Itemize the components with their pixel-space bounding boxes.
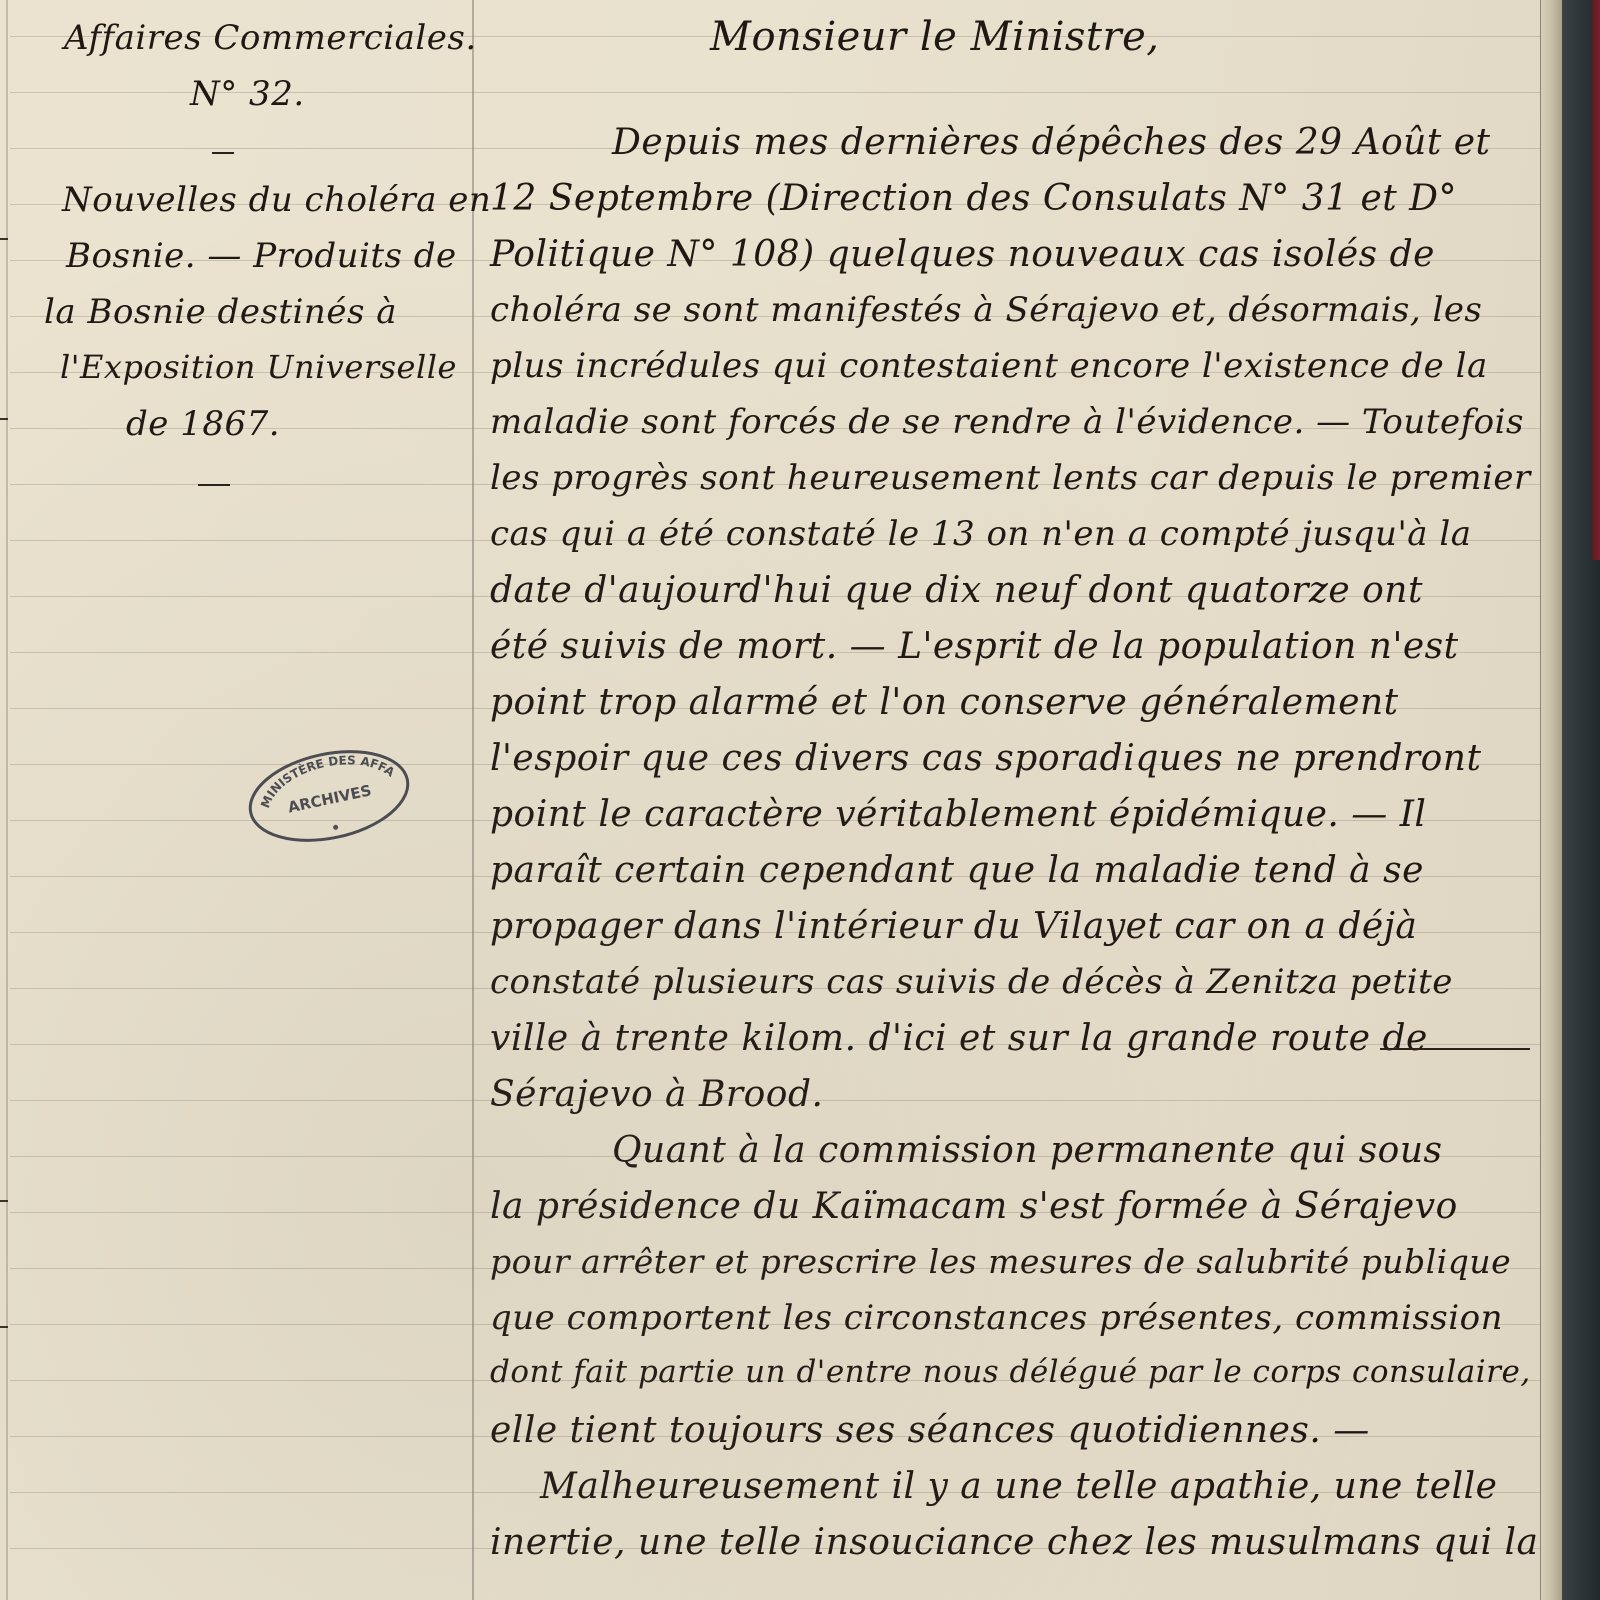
letter-line: plus incrédules qui contestaient encore … (490, 346, 1488, 386)
letter-line: la présidence du Kaïmacam s'est formée à… (490, 1186, 1458, 1227)
letter-line: constaté plusieurs cas suivis de décès à… (490, 962, 1453, 1002)
letter-line: Depuis mes dernières dépêches des 29 Aoû… (612, 122, 1491, 163)
letter-line: Politique N° 108) quelques nouveaux cas … (490, 234, 1435, 275)
margin-summary-line: de 1867. (126, 404, 280, 444)
letter-line: les progrès sont heureusement lents car … (490, 458, 1531, 498)
letter-line: Sérajevo à Brood. (490, 1074, 823, 1115)
letter-line: choléra se sont manifestés à Sérajevo et… (490, 290, 1482, 330)
letter-line: pour arrêter et prescrire les mesures de… (490, 1242, 1511, 1281)
letter-line: date d'aujourd'hui que dix neuf dont qua… (490, 570, 1423, 611)
letter-line: l'espoir que ces divers cas sporadiques … (490, 738, 1481, 779)
dispatch-number: N° 32. (190, 74, 305, 114)
letter-line: inertie, une telle insouciance chez les … (490, 1522, 1538, 1563)
page-gutter-edge (1540, 0, 1562, 1600)
archives-stamp: MINISTÈRE DES AFFAIRES ÉTRANGÈRES ARCHIV… (236, 731, 422, 860)
edge-mark (0, 418, 8, 420)
letter-line: Quant à la commission permanente qui sou… (612, 1130, 1443, 1171)
letter-line: été suivis de mort. — L'esprit de la pop… (490, 626, 1459, 667)
letter-line: point trop alarmé et l'on conserve génér… (490, 682, 1399, 723)
letter-line: point le caractère véritablement épidémi… (490, 794, 1426, 835)
binding-red-edge (1592, 0, 1600, 560)
letter-line: maladie sont forcés de se rendre à l'évi… (490, 402, 1524, 442)
letter-line: Malheureusement il y a une telle apathie… (540, 1466, 1497, 1507)
margin-end-separator (198, 484, 230, 486)
margin-heading: Affaires Commerciales. (64, 18, 477, 58)
edge-mark (0, 238, 8, 240)
letter-line: ville à trente kilom. d'ici et sur la gr… (490, 1018, 1428, 1059)
margin-summary-line: Bosnie. — Produits de (66, 236, 457, 276)
margin-summary-line: l'Exposition Universelle (60, 348, 457, 386)
manuscript-page: Affaires Commerciales. N° 32. Nouvelles … (0, 0, 1562, 1600)
margin-summary-line: Nouvelles du choléra en (62, 180, 491, 220)
edge-mark (0, 1326, 8, 1328)
left-page-edge (6, 0, 8, 1600)
stamp-center-text: ARCHIVES (286, 781, 373, 816)
margin-line (472, 0, 474, 1600)
letter-line: propager dans l'intérieur du Vilayet car… (490, 906, 1417, 947)
line-filler-stroke (1380, 1048, 1530, 1050)
salutation: Monsieur le Ministre, (710, 14, 1159, 60)
letter-line: paraît certain cependant que la maladie … (490, 850, 1424, 891)
margin-summary-line: la Bosnie destinés à (44, 292, 397, 332)
edge-mark (0, 1200, 8, 1202)
letter-line: dont fait partie un d'entre nous délégué… (490, 1354, 1531, 1390)
letter-line: que comportent les circonstances présent… (490, 1298, 1503, 1338)
margin-separator (212, 152, 234, 154)
letter-line: cas qui a été constaté le 13 on n'en a c… (490, 514, 1472, 554)
letter-line: elle tient toujours ses séances quotidie… (490, 1410, 1370, 1451)
letter-line: 12 Septembre (Direction des Consulats N°… (490, 178, 1457, 219)
